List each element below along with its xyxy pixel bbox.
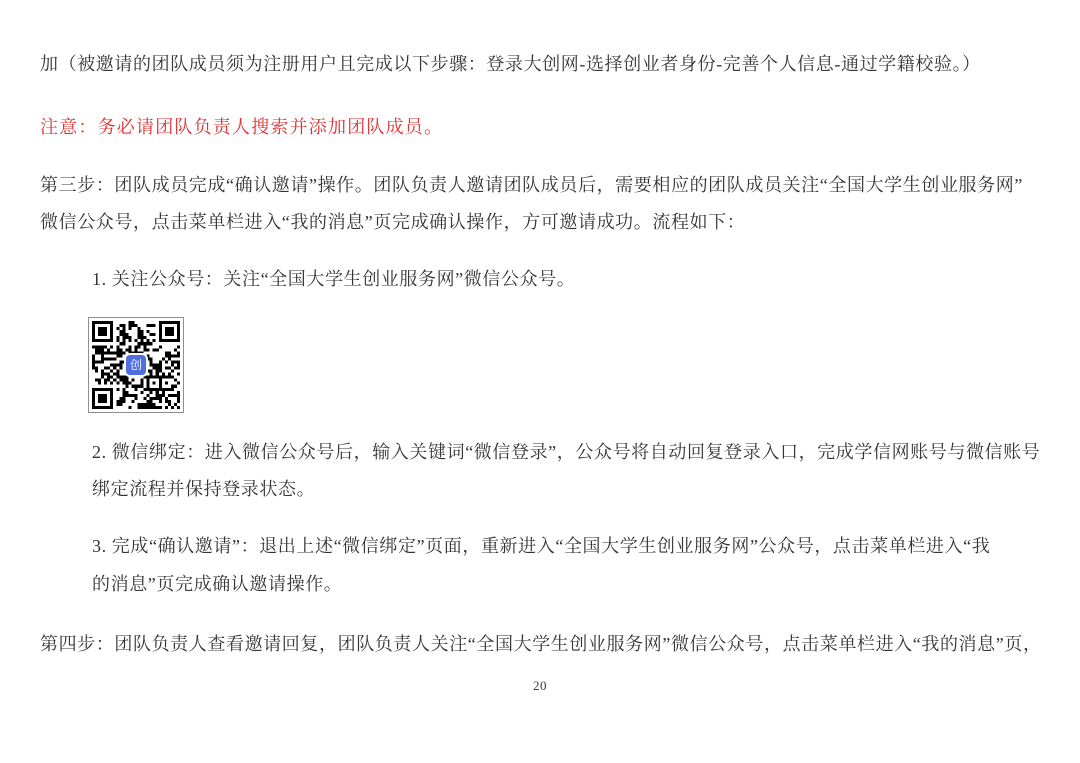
page-number: 20 [0, 678, 1080, 694]
note-warning-text: 注意：务必请团队负责人搜索并添加团队成员。 [40, 115, 443, 139]
list-item-3-line1: 3. 完成“确认邀请”：退出上述“微信绑定”页面，重新进入“全国大学生创业服务网… [92, 534, 990, 558]
qr-code: 创 [88, 317, 184, 413]
list-item-3-line2: 的消息”页完成确认邀请操作。 [92, 572, 342, 596]
list-item-2-line1: 2. 微信绑定：进入微信公众号后，输入关键词“微信登录”，公众号将自动回复登录入… [92, 440, 1040, 464]
paragraph-intro-continuation: 加（被邀请的团队成员须为注册用户且完成以下步骤：登录大创网-选择创业者身份-完善… [40, 52, 981, 76]
list-item-2-line2: 绑定流程并保持登录状态。 [92, 477, 315, 501]
step3-paragraph-line2: 微信公众号，点击菜单栏进入“我的消息”页完成确认操作，方可邀请成功。流程如下： [40, 210, 745, 234]
step4-paragraph-line1: 第四步：团队负责人查看邀请回复，团队负责人关注“全国大学生创业服务网”微信公众号… [40, 632, 1042, 656]
document-page: 加（被邀请的团队成员须为注册用户且完成以下步骤：登录大创网-选择创业者身份-完善… [0, 0, 1080, 763]
step3-paragraph-line1: 第三步：团队成员完成“确认邀请”操作。团队负责人邀请团队成员后，需要相应的团队成… [40, 173, 1023, 197]
qr-center-logo-icon: 创 [126, 355, 146, 375]
list-item-1: 1. 关注公众号：关注“全国大学生创业服务网”微信公众号。 [92, 267, 575, 291]
